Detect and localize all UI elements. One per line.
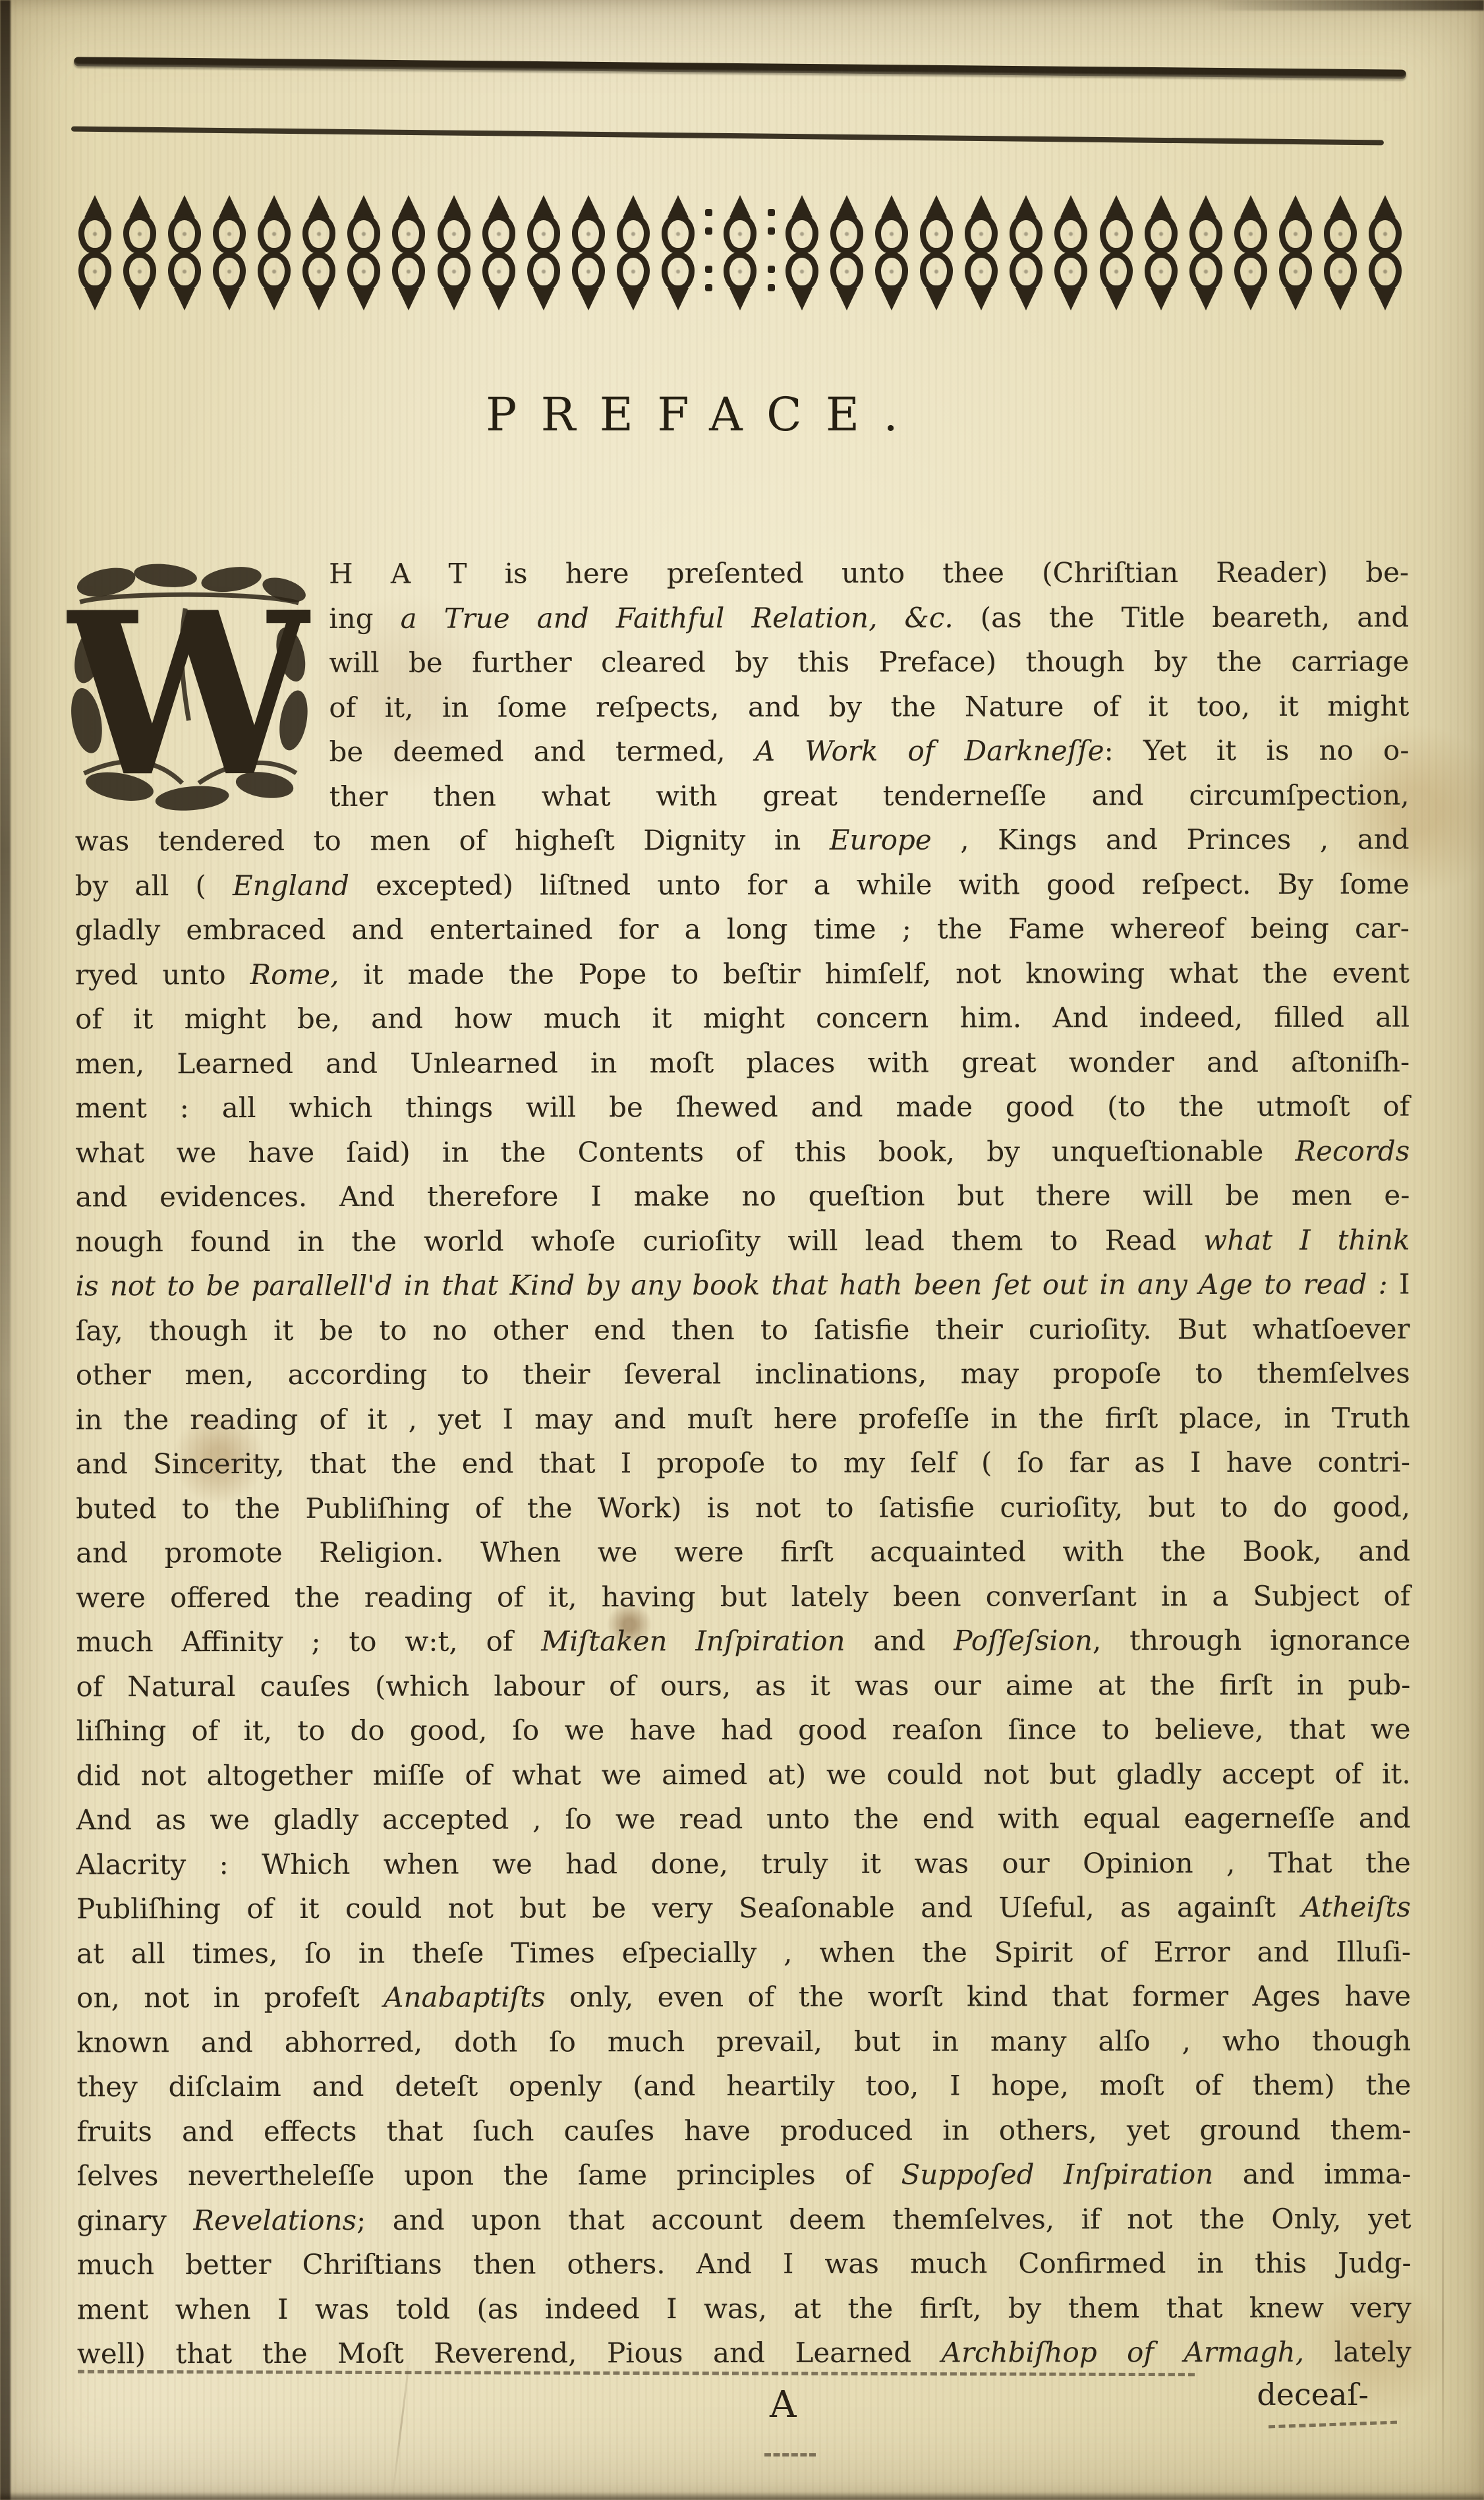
fleuron-ornament: [1275, 195, 1316, 254]
fleuron-ornament: [388, 252, 429, 310]
band-separator-dots: [764, 195, 778, 248]
fleuron-ornament: [1141, 252, 1182, 310]
fleuron-ornament: [523, 252, 564, 310]
fleuron-ornament: [478, 195, 519, 254]
paper-crease: [1442, 2162, 1444, 2491]
fleuron-ornament: [613, 252, 654, 310]
fleuron-ornament: [826, 252, 867, 310]
fleuron-ornament: [782, 252, 822, 310]
fleuron-ornament: [1365, 252, 1406, 310]
text-line: what we have ſaid) in the Contents of th…: [75, 1128, 1410, 1175]
text-line: ryed unto Rome, it made the Pope to beſt…: [75, 950, 1410, 997]
fleuron-ornament: [434, 252, 474, 310]
drop-cap-w: W: [67, 556, 311, 815]
text-line: ginary Revelations; and upon that accoun…: [77, 2196, 1412, 2242]
fleuron-ornament: [1006, 252, 1046, 310]
fleuron-ornament: [478, 252, 519, 310]
signature-mark: A: [770, 2383, 796, 2426]
text-line: by all ( England excepted) liſtned unto …: [75, 861, 1410, 908]
text-line: of Natural cauſes (which labour of ours,…: [76, 1662, 1410, 1708]
fleuron-ornament: [613, 195, 654, 254]
fleuron-ornament: [119, 195, 160, 254]
fleuron-ornament: [568, 195, 609, 254]
text-line: ment : all which things will be ſhewed a…: [75, 1084, 1410, 1130]
fleuron-ornament: [916, 195, 957, 254]
text-line: and promote Religion. When we were firſt…: [76, 1529, 1410, 1575]
top-rule-thick: [74, 57, 1406, 78]
fleuron-ornament: [1320, 252, 1361, 310]
text-line: well) that the Moſt Reverend, Pious and …: [77, 2330, 1412, 2376]
fleuron-ornament: [658, 252, 699, 310]
text-line: known and abhorred, doth ſo much prevail…: [76, 2018, 1411, 2064]
text-line: in the reading of it , yet I may and muſ…: [76, 1395, 1410, 1441]
catchword: deceaſ-: [1257, 2377, 1369, 2412]
fleuron-ornament: [299, 252, 339, 310]
fleuron-ornament: [254, 252, 295, 310]
text-line: of it might be, and how much it might co…: [75, 995, 1410, 1041]
drop-cap-woodcut: W: [67, 556, 311, 815]
paragraph-rest: was tendered to men of higheſt Dignity i…: [75, 817, 1412, 2376]
text-line: they diſclaim and deteſt openly (and hea…: [76, 2063, 1411, 2109]
fleuron-ornament: [568, 252, 609, 310]
text-line: gladly embraced and entertained for a lo…: [75, 906, 1410, 952]
page-title: PREFACE.: [0, 388, 1384, 442]
fleuron-ornament: [1050, 252, 1091, 310]
ornament-row-top: [74, 195, 1406, 252]
text-line: and Sincerity, that the end that I propo…: [76, 1440, 1410, 1486]
fleuron-ornament: [1006, 195, 1046, 254]
text-line: did not altogether miſſe of what we aime…: [76, 1751, 1411, 1797]
text-line: was tendered to men of higheſt Dignity i…: [75, 817, 1410, 863]
fleuron-ornament: [1230, 195, 1271, 254]
band-separator-dots: [702, 195, 716, 248]
text-line: ſelves nevertheleſſe upon the ſame princ…: [76, 2152, 1411, 2198]
fleuron-ornament: [254, 195, 295, 254]
fleuron-ornament: [720, 252, 760, 310]
fleuron-ornament: [871, 252, 912, 310]
text-line: nough found in the world whoſe curioſity…: [75, 1217, 1410, 1264]
text-line: other men, according to their ſeveral in…: [76, 1351, 1410, 1397]
fleuron-ornament: [1141, 195, 1182, 254]
top-rule-thin: [71, 127, 1384, 146]
fleuron-ornament: [658, 195, 699, 254]
band-separator-dots: [702, 252, 716, 305]
page-edge-top-right: [1207, 0, 1484, 11]
fleuron-ornament: [1096, 195, 1137, 254]
fleuron-ornament: [119, 252, 160, 310]
text-line: And as we gladly accepted , ſo we read u…: [76, 1796, 1411, 1842]
fleuron-ornament: [1230, 252, 1271, 310]
text-line: were offered the reading of it, having b…: [76, 1573, 1410, 1619]
fleuron-ornament: [164, 195, 205, 254]
fleuron-ornament: [1275, 252, 1316, 310]
fleuron-ornament: [209, 252, 250, 310]
first-paragraph: W H A T is here preſented unto thee (Chr…: [74, 550, 1410, 819]
text-line: Publiſhing of it could not but be very S…: [76, 1885, 1411, 1931]
text-line: much better Chriſtians then others. And …: [77, 2241, 1412, 2287]
text-line: ſay, though it be to no other end then t…: [76, 1306, 1410, 1352]
fleuron-ornament: [1050, 195, 1091, 254]
fleuron-ornament: [1320, 195, 1361, 254]
fleuron-ornament: [74, 252, 115, 310]
page-edge-bottom: [0, 2492, 1484, 2500]
text-line: buted to the Publiſhing of the Work) is …: [76, 1484, 1410, 1530]
fleuron-ornament: [782, 195, 822, 254]
fleuron-ornament: [1185, 195, 1226, 254]
fleuron-ornament: [961, 195, 1002, 254]
ornament-row-bottom: [74, 252, 1406, 308]
book-page: PREFACE.: [0, 0, 1484, 2500]
underline-marks-signature: [764, 2453, 816, 2456]
fleuron-ornament: [434, 195, 474, 254]
fleuron-ornament: [1365, 195, 1406, 254]
text-line: men, Learned and Unlearned in moſt place…: [75, 1039, 1410, 1086]
text-line: ment when I was told (as indeed I was, a…: [77, 2285, 1412, 2331]
text-line: on, not in profeſt Anabaptiſts only, eve…: [76, 1974, 1411, 2020]
fleuron-ornament: [871, 195, 912, 254]
text-line: much Affinity ; to w:t, of Miſtaken Inſp…: [76, 1618, 1410, 1664]
fleuron-ornament: [1185, 252, 1226, 310]
text-line: fruits and effects that ſuch cauſes have…: [76, 2107, 1411, 2153]
page-edge-left: [0, 0, 11, 2500]
text-line: and evidences. And therefore I make no q…: [75, 1173, 1410, 1219]
preface-text: W H A T is here preſented unto thee (Chr…: [74, 550, 1412, 2376]
text-line: liſhing of it, to do good, ſo we have ha…: [76, 1707, 1411, 1753]
fleuron-ornament: [343, 252, 384, 310]
fleuron-ornament: [74, 195, 115, 254]
fleuron-ornament: [916, 252, 957, 310]
fleuron-ornament: [1096, 252, 1137, 310]
fleuron-ornament: [388, 195, 429, 254]
fleuron-ornament: [826, 195, 867, 254]
text-line: at all times, ſo in theſe Times eſpecial…: [76, 1929, 1411, 1975]
text-line: Alacrity : Which when we had done, truly…: [76, 1840, 1411, 1886]
drop-cap-letter: W: [67, 564, 311, 815]
fleuron-ornament: [720, 195, 760, 254]
fleuron-ornament: [299, 195, 339, 254]
band-separator-dots: [764, 252, 778, 305]
underline-marks-catchword: [1269, 2421, 1397, 2429]
ornament-band: [74, 195, 1406, 308]
fleuron-ornament: [164, 252, 205, 310]
fleuron-ornament: [523, 195, 564, 254]
text-line: is not to be parallell'd in that Kind by…: [76, 1262, 1410, 1308]
fleuron-ornament: [343, 195, 384, 254]
fleuron-ornament: [961, 252, 1002, 310]
fleuron-ornament: [209, 195, 250, 254]
